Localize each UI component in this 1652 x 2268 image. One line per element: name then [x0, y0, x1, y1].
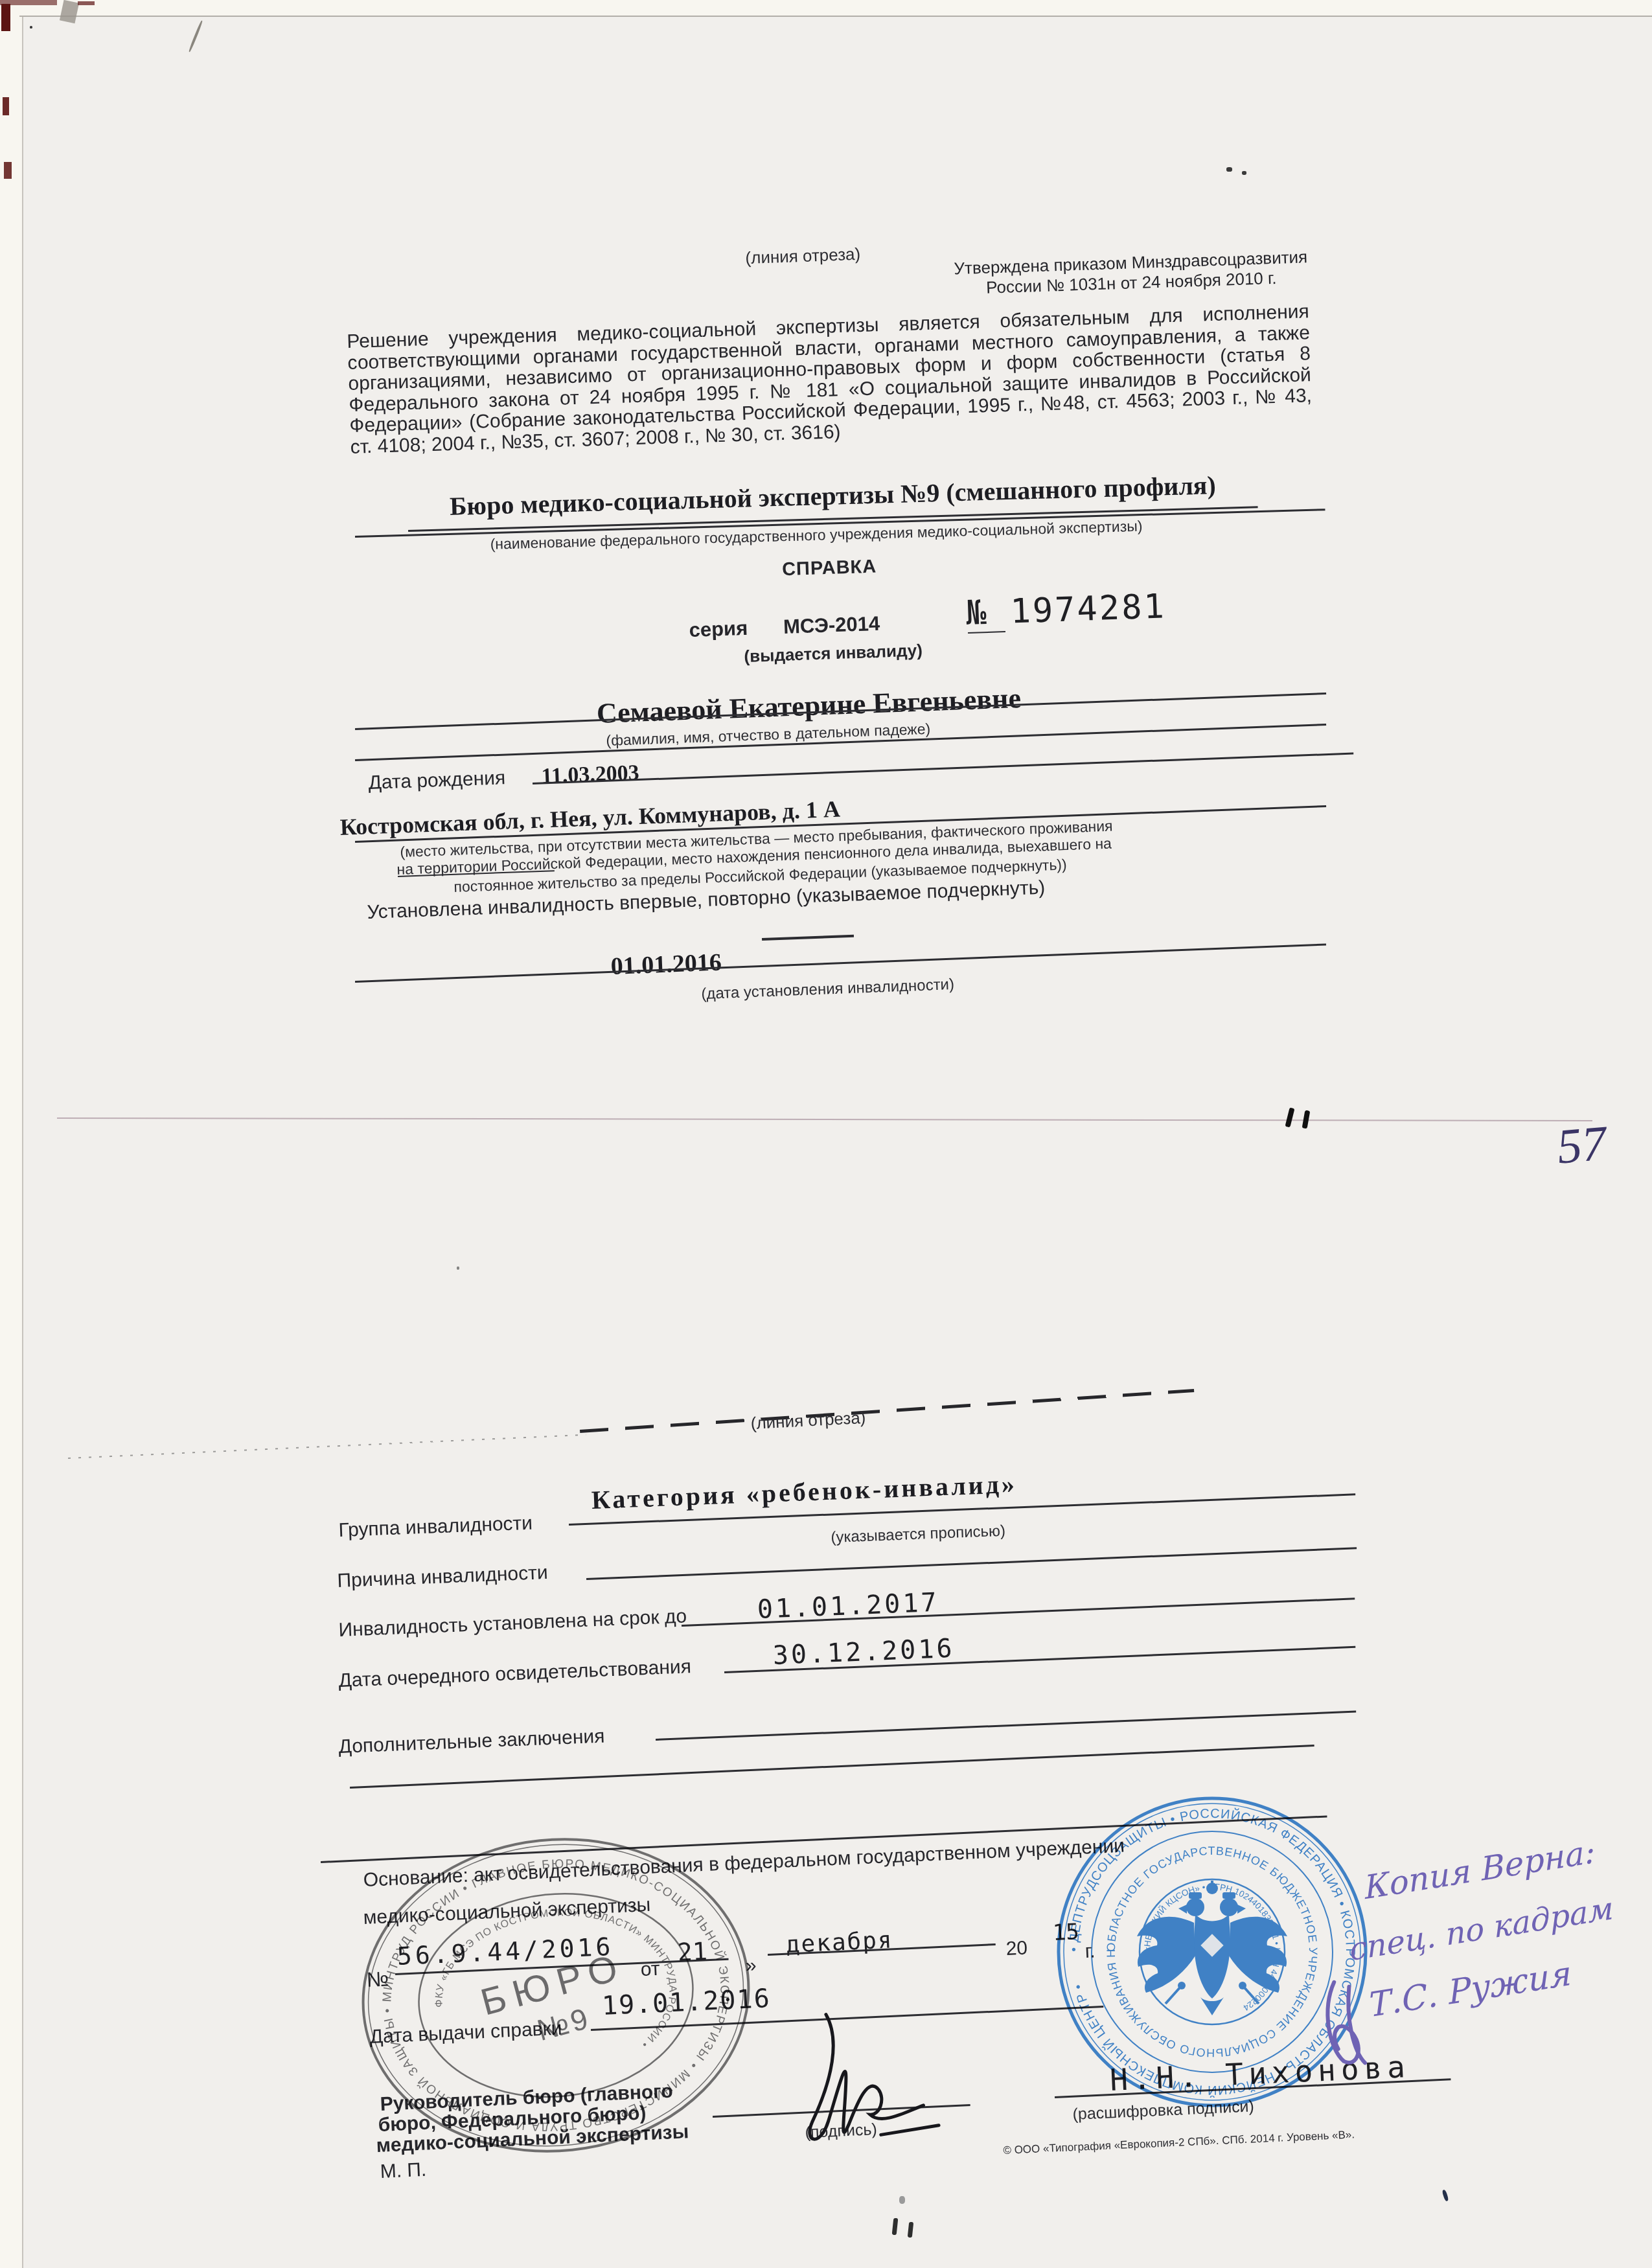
copy-certified-l1: Копия Верна: — [1364, 1833, 1596, 1907]
page-edge-top — [19, 16, 1652, 17]
cut-line-label-top: (линия отреза) — [745, 244, 861, 268]
term-label: Инвалидность установлена на срок до — [338, 1605, 687, 1642]
printer-note: © ООО «Типография «Еврокопия-2 СПб». СПб… — [1003, 2128, 1355, 2157]
issued-to-caption: (выдается инвалиду) — [744, 640, 923, 667]
copy-certified-signature — [1307, 1964, 1412, 2079]
intro-paragraph: Решение учреждения медико-социальной экс… — [347, 301, 1313, 458]
act-year-prefix: 20 — [1005, 1937, 1028, 1960]
speck — [188, 20, 203, 52]
handwritten-page-number: 57 — [1555, 1115, 1609, 1175]
certificate-number: № 1974281 — [965, 587, 1167, 633]
speck — [1226, 167, 1232, 172]
established-date-rule — [355, 943, 1326, 983]
established-date-caption: (дата установления инвалидности) — [701, 976, 955, 1003]
series-row: серияМСЭ-2014 — [689, 612, 880, 642]
series-label: серия — [689, 617, 748, 641]
ink-tick — [1285, 1107, 1294, 1127]
red-edge-artifact — [4, 162, 12, 179]
series-value: МСЭ-2014 — [783, 612, 880, 638]
page-edge-left — [22, 16, 23, 2268]
speck — [1441, 2190, 1449, 2202]
dob-value: 11.03.2003 — [541, 761, 639, 789]
scan-crease-line — [57, 1117, 1592, 1121]
red-edge-artifact — [3, 97, 9, 115]
act-month-value: декабря — [785, 1927, 893, 1958]
cut-line-dashed — [580, 1389, 1194, 1433]
cause-rule — [586, 1547, 1357, 1580]
red-edge-artifact — [78, 1, 95, 5]
group-value: Категория «ребенок-инвалид» — [591, 1469, 1018, 1515]
bureau-name: Бюро медико-социальной экспертизы №9 (см… — [360, 467, 1306, 524]
cut-line-label-bottom: (линия отреза) — [750, 1408, 866, 1434]
speck — [1242, 171, 1246, 175]
cause-label: Причина инвалидности — [337, 1562, 548, 1592]
ink-tick-bottom — [892, 2218, 899, 2236]
additional-rule — [656, 1711, 1356, 1741]
red-edge-artifact — [1, 4, 10, 31]
ink-tick-bottom — [908, 2222, 913, 2238]
dob-label: Дата рождения — [368, 767, 506, 794]
binder-tab-mark — [60, 0, 79, 23]
next-exam-label: Дата очередного освидетельствования — [338, 1656, 691, 1692]
established-date: 01.01.2016 — [610, 948, 722, 981]
approved-by-note: Утверждена приказом Минздравсоцразвития … — [943, 247, 1320, 299]
speck — [457, 1266, 459, 1270]
dob-rule — [533, 753, 1353, 785]
group-label: Группа инвалидности — [338, 1513, 533, 1542]
cut-line-dotted-tail — [68, 1434, 586, 1459]
bureau-round-stamp: • МИНТРУД РОССИИ • ГЛАВНОЕ БЮРО МЕДИКО-С… — [339, 1813, 773, 2177]
scan-margin-left — [0, 0, 22, 2268]
established-choice-underline — [762, 935, 854, 941]
speck — [30, 26, 32, 29]
head-signature-ink — [777, 1993, 992, 2159]
scanned-certificate-page: (линия отреза) Утверждена приказом Минзд… — [0, 0, 1652, 2268]
scan-margin-top — [0, 0, 1652, 16]
additional-label: Дополнительные заключения — [338, 1726, 605, 1758]
speck — [899, 2196, 905, 2204]
group-caption: (указывается прописью) — [831, 1522, 1006, 1547]
